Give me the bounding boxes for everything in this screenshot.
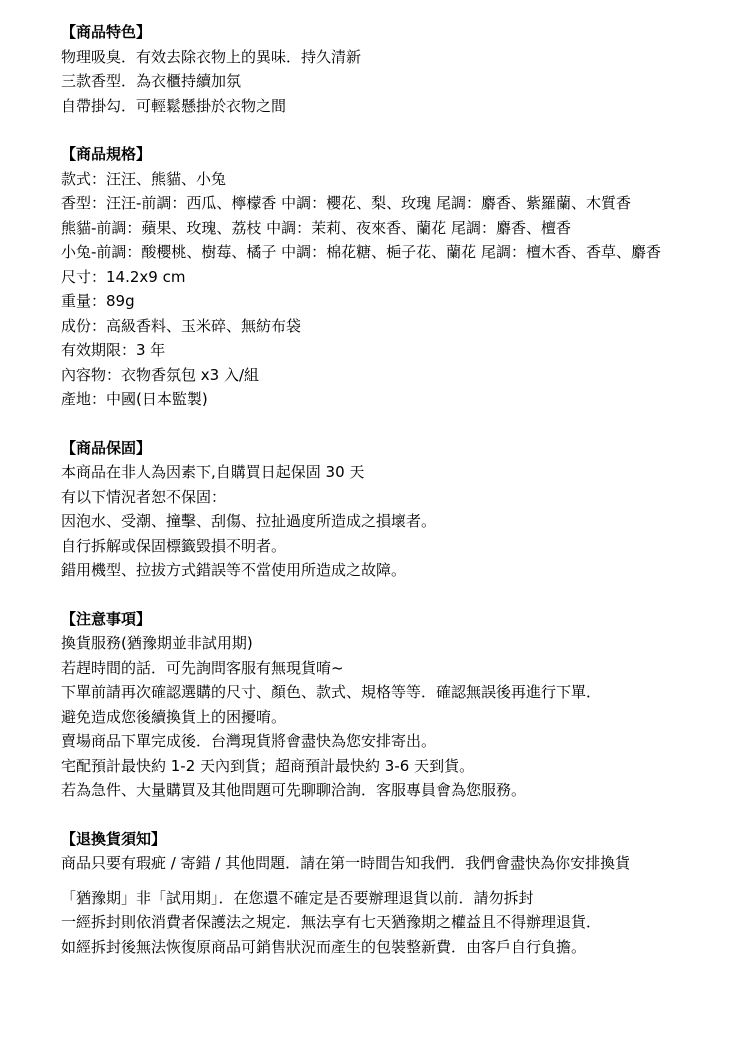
notes-line: 賣場商品下單完成後．台灣現貨將會盡快為您安排寄出。 — [61, 729, 661, 754]
notes-line: 換貨服務(猶豫期並非試用期) — [61, 631, 661, 656]
section-heading-warranty: 【商品保固】 — [61, 436, 661, 461]
returns-line: 「猶豫期」非「試用期」．在您還不確定是否要辦理退貨以前．請勿拆封 — [61, 886, 661, 911]
spec-line-scent-panda: 熊貓-前調：蘋果、玫瑰、荔枝 中調：茉莉、夜來香、蘭花 尾調：麝香、檀香 — [61, 216, 661, 241]
feature-line: 自帶掛勾．可輕鬆懸掛於衣物之間 — [61, 94, 661, 119]
warranty-line: 有以下情況者恕不保固： — [61, 485, 661, 510]
section-heading-features: 【商品特色】 — [61, 20, 661, 45]
section-heading-returns: 【退換貨須知】 — [61, 827, 661, 852]
section-warranty: 【商品保固】 本商品在非人為因素下,自購買日起保固 30 天 有以下情況者恕不保… — [61, 436, 661, 583]
warranty-line: 自行拆解或保固標籤毀損不明者。 — [61, 534, 661, 559]
section-heading-specs: 【商品規格】 — [61, 142, 661, 167]
warranty-line: 因泡水、受潮、撞擊、刮傷、拉扯過度所造成之損壞者。 — [61, 509, 661, 534]
warranty-line: 錯用機型、拉拔方式錯誤等不當使用所造成之故障。 — [61, 558, 661, 583]
notes-line: 宅配預計最快約 1-2 天內到貨；超商預計最快約 3-6 天到貨。 — [61, 754, 661, 779]
section-returns: 【退換貨須知】 商品只要有瑕疵 / 寄錯 / 其他問題．請在第一時間告知我們．我… — [61, 827, 661, 960]
spec-line-ingredients: 成份：高級香料、玉米碎、無紡布袋 — [61, 314, 661, 339]
spec-line-shelf-life: 有效期限：3 年 — [61, 338, 661, 363]
section-features: 【商品特色】 物理吸臭．有效去除衣物上的異味．持久清新 三款香型．為衣櫃持續加氛… — [61, 20, 661, 118]
warranty-line: 本商品在非人為因素下,自購買日起保固 30 天 — [61, 460, 661, 485]
section-notes: 【注意事項】 換貨服務(猶豫期並非試用期) 若趕時間的話．可先詢問客服有無現貨唷… — [61, 607, 661, 803]
spec-line-styles: 款式：汪汪、熊貓、小兔 — [61, 167, 661, 192]
notes-line: 下單前請再次確認選購的尺寸、顏色、款式、規格等等．確認無誤後再進行下單． — [61, 680, 661, 705]
section-heading-notes: 【注意事項】 — [61, 607, 661, 632]
product-description: 【商品特色】 物理吸臭．有效去除衣物上的異味．持久清新 三款香型．為衣櫃持續加氛… — [0, 0, 661, 959]
paragraph-gap — [61, 876, 661, 886]
spec-line-size: 尺寸：14.2x9 cm — [61, 265, 661, 290]
spec-line-scent-rabbit: 小兔-前調：酸櫻桃、樹莓、橘子 中調：棉花糖、梔子花、蘭花 尾調：檀木香、香草、… — [61, 240, 661, 265]
feature-line: 物理吸臭．有效去除衣物上的異味．持久清新 — [61, 45, 661, 70]
spec-line-contents: 內容物：衣物香氛包 x3 入/組 — [61, 363, 661, 388]
feature-line: 三款香型．為衣櫃持續加氛 — [61, 69, 661, 94]
spec-line-origin: 產地：中國(日本監製) — [61, 387, 661, 412]
notes-line: 若趕時間的話．可先詢問客服有無現貨唷~ — [61, 656, 661, 681]
returns-line: 一經拆封則依消費者保護法之規定．無法享有七天猶豫期之權益且不得辦理退貨． — [61, 910, 661, 935]
spec-line-scent-dog: 香型：汪汪-前調：西瓜、檸檬香 中調：櫻花、梨、玫瑰 尾調：麝香、紫羅蘭、木質香 — [61, 191, 661, 216]
spec-line-weight: 重量：89g — [61, 289, 661, 314]
notes-line: 避免造成您後續換貨上的困擾唷。 — [61, 705, 661, 730]
returns-paragraph: 商品只要有瑕疵 / 寄錯 / 其他問題．請在第一時間告知我們．我們會盡快為你安排… — [61, 851, 661, 876]
section-specs: 【商品規格】 款式：汪汪、熊貓、小兔 香型：汪汪-前調：西瓜、檸檬香 中調：櫻花… — [61, 142, 661, 412]
notes-line: 若為急件、大量購買及其他問題可先聊聊洽詢．客服專員會為您服務。 — [61, 778, 661, 803]
returns-line: 如經拆封後無法恢復原商品可銷售狀況而產生的包裝整新費．由客戶自行負擔。 — [61, 935, 661, 960]
